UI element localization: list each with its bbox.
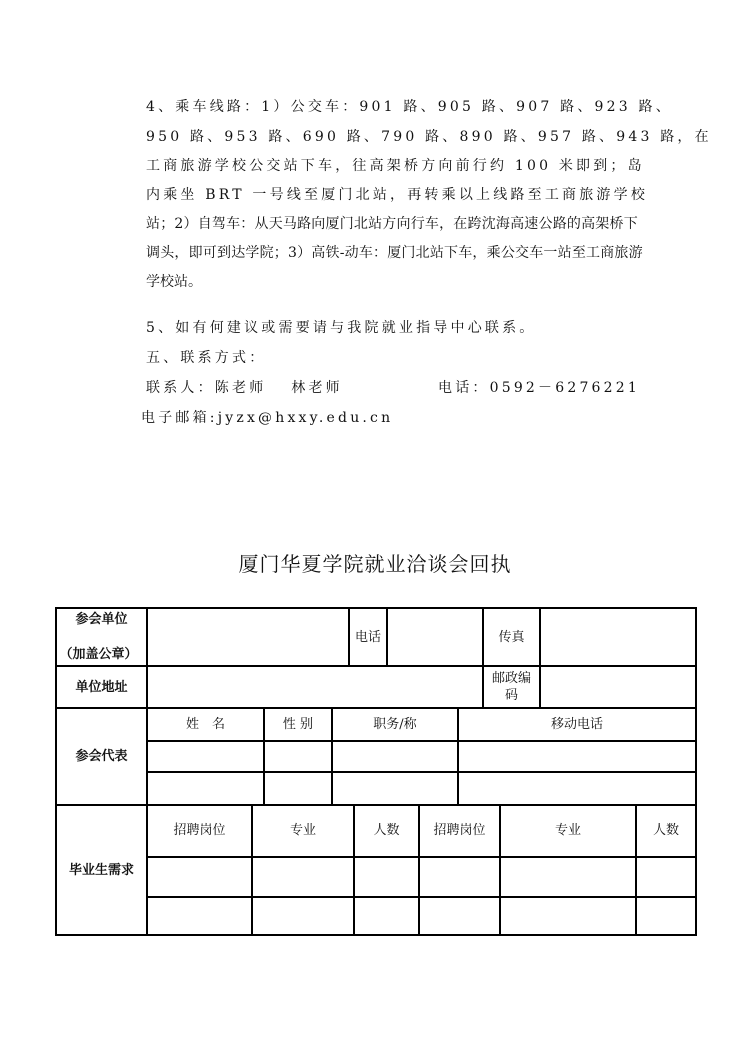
rep-header-name: 姓 名 (148, 709, 263, 740)
table-border-bottom (55, 934, 697, 936)
demand-2-position-2-input[interactable] (420, 898, 499, 934)
fax-input[interactable] (541, 609, 695, 665)
unit-name-input[interactable] (148, 609, 348, 665)
representatives-label: 参会代表 (57, 709, 146, 804)
rep-2-gender-input[interactable] (265, 773, 331, 804)
postcode-label: 邮政编 码 (484, 667, 539, 707)
rep-1-gender-input[interactable] (265, 742, 331, 771)
demand-1-count-1-input[interactable] (355, 858, 418, 896)
demand-header-count-2: 人数 (637, 806, 695, 856)
rep-1-mobile-input[interactable] (459, 742, 695, 771)
table-border-right (695, 607, 697, 936)
demand-2-count-1-input[interactable] (355, 898, 418, 934)
demand-1-position-2-input[interactable] (420, 858, 499, 896)
rep-2-mobile-input[interactable] (459, 773, 695, 804)
demand-header-position-2: 招聘岗位 (420, 806, 499, 856)
unit-label-cell: 参会单位 （加盖公章） (57, 609, 146, 665)
rep-2-title-input[interactable] (333, 773, 457, 804)
demand-1-major-2-input[interactable] (501, 858, 635, 896)
demand-header-count-1: 人数 (355, 806, 418, 856)
demand-1-major-1-input[interactable] (253, 858, 353, 896)
postcode-input[interactable] (541, 667, 695, 707)
rep-header-mobile: 移动电话 (459, 709, 695, 740)
demand-1-count-2-input[interactable] (637, 858, 695, 896)
postcode-label-line1: 邮政编 (492, 670, 531, 687)
demand-2-major-2-input[interactable] (501, 898, 635, 934)
receipt-form: 参会单位 （加盖公章） 电话 传真 单位地址 邮政编 码 参会代表 姓 名 性 … (0, 0, 750, 1061)
postcode-label-line2: 码 (505, 687, 518, 704)
phone-label: 电话 (350, 609, 386, 665)
demand-2-count-2-input[interactable] (637, 898, 695, 934)
demand-header-major-2: 专业 (501, 806, 635, 856)
rep-1-name-input[interactable] (148, 742, 263, 771)
demand-header-major-1: 专业 (253, 806, 353, 856)
address-input[interactable] (148, 667, 482, 707)
demand-1-position-1-input[interactable] (148, 858, 251, 896)
rep-header-gender: 性 别 (265, 709, 331, 740)
demand-header-position-1: 招聘岗位 (148, 806, 251, 856)
rep-header-title: 职务/称 (333, 709, 457, 740)
unit-label: 参会单位 (75, 611, 127, 628)
rep-2-name-input[interactable] (148, 773, 263, 804)
fax-label: 传真 (484, 609, 539, 665)
phone-input[interactable] (388, 609, 482, 665)
rep-1-title-input[interactable] (333, 742, 457, 771)
demand-label: 毕业生需求 (57, 806, 146, 934)
seal-note: （加盖公章） (59, 646, 137, 663)
demand-2-position-1-input[interactable] (148, 898, 251, 934)
demand-2-major-1-input[interactable] (253, 898, 353, 934)
address-label: 单位地址 (57, 667, 146, 707)
